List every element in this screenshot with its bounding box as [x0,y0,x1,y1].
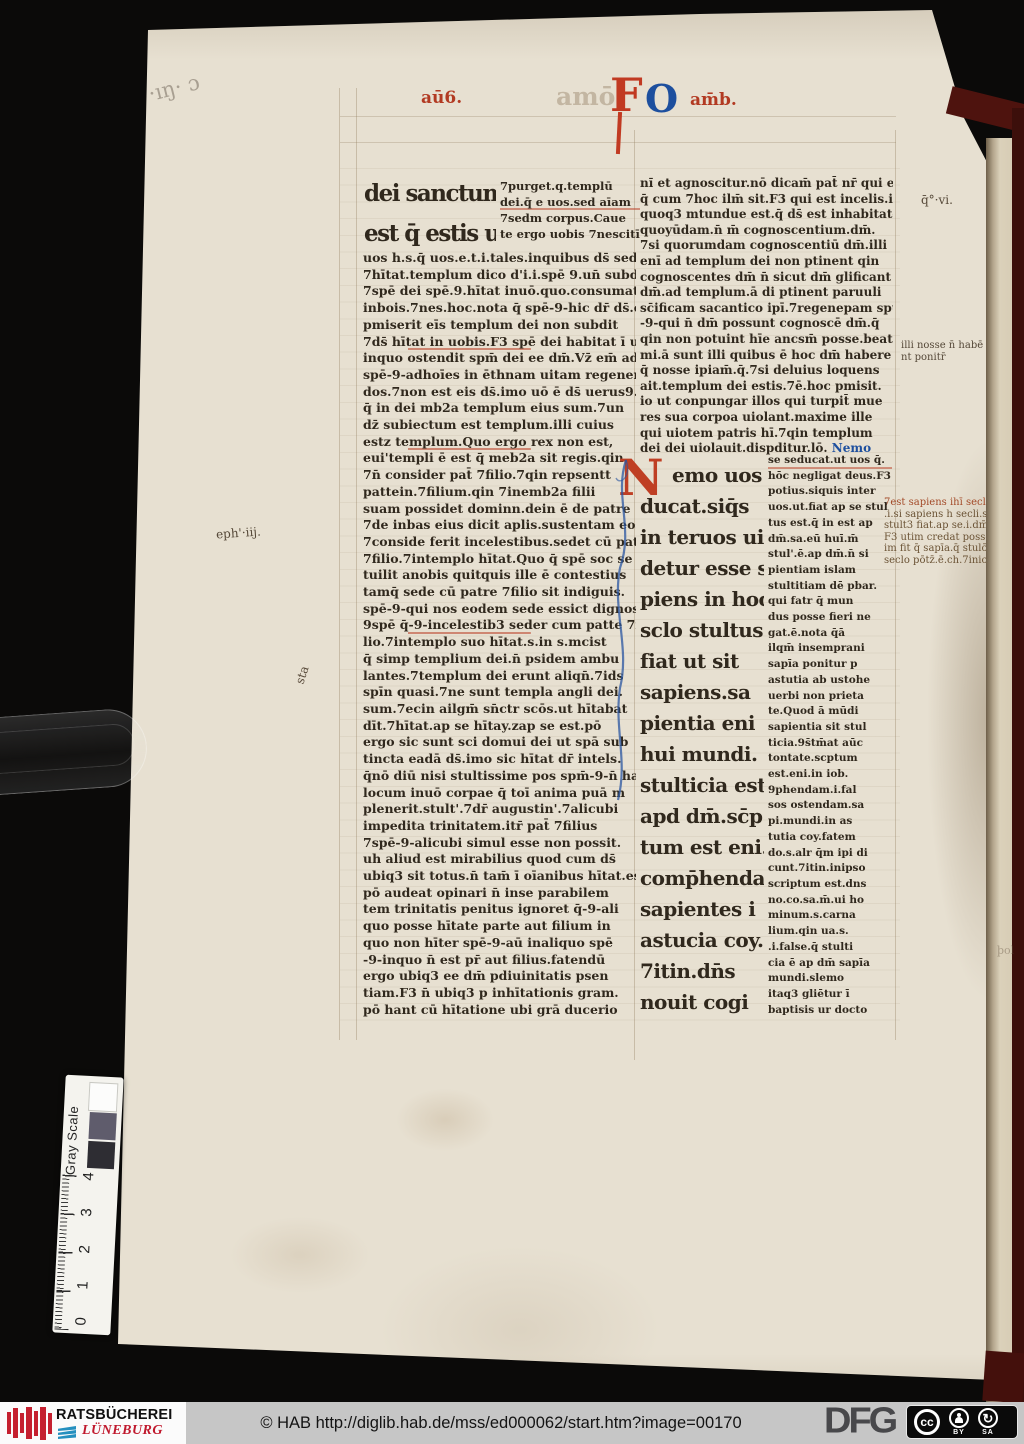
gloss-line: uos.ut.fiat ap se stul [768,500,892,516]
commentary-line: 7si quorumdam cognoscentiū dm̄.illi [640,238,893,254]
commentary-line: qui uiotem patris hī.7qin templum [640,426,893,442]
commentary-line: pmiserit eīs templum dei non subdit [363,317,636,334]
right-commentary-lines: nı̄ et agnoscitur.nō dicam̄ pat̄ nr̄ qui… [640,176,893,441]
logo-bar [13,1408,18,1438]
gloss-line: cunt.7itin.inipso [768,861,892,877]
lemma-line: sapiens.sa [640,677,764,708]
commentary-line: 7spē-9-alicubi simul esse non possit. [363,835,636,852]
gloss-line: itaq3 gliētur ī [768,987,892,1003]
lemma-line: piens in hoc [640,584,764,615]
gloss-line: ticia.9s̄tm̄at aūc [768,736,892,752]
ruler-number: 2 [76,1244,93,1253]
gloss-line: mundi.slemo [768,971,892,987]
commentary-line: ergo ubiq3 ee dm̄ pdiuinitatis psen [363,968,636,985]
gloss-line: sos ostendam.sa [768,798,892,814]
logo-bar [40,1407,46,1440]
ruler-number: 0 [72,1317,89,1326]
commentary-line: ubiq3 sit totus.n̄ tam̄ ī oīanibus hītat… [363,868,636,885]
commentary-line: tincta eadā ds̄.imo sic hītat dr̄ intels… [363,751,636,768]
gloss-line: minum.s.carna [768,908,892,924]
gloss-line: qui fatr q̄ mun [768,594,892,610]
commentary-line: qin non potuint hīe ancsm̄ posse.beatiss… [640,332,893,348]
binding-cover-right [1012,108,1024,1402]
gloss-line: cia ē ap dm̄ sapīa [768,956,892,972]
gloss-line: uerbi non prieta [768,689,892,705]
ruling-line-vertical [339,88,340,1040]
cc-sa-label: SA [982,1429,994,1436]
lemma-line: comp̄henda [640,863,764,894]
gloss-line: tontate.scptum [768,751,892,767]
commentary-line: 7de inbas eius dicit aplis.sustentam eos [363,517,636,534]
lemma-line: sapientes i [640,894,764,925]
gloss-line: dei.q̄ e uos.sed aīam [500,194,640,210]
library-name: RATSBÜCHEREI [56,1407,173,1423]
gloss-line: 7sedm corpus.Caue [500,210,640,226]
library-city: LÜNEBURG [82,1423,163,1439]
commentary-line: mi.ā sunt illi quibus ē hoc dm̄ habere [640,348,893,364]
commentary-line: quo posse hītate parte aut filium in [363,918,636,935]
commentary-line: ait.templum dei estis.7ē.hoc pmisit. [640,379,893,395]
lemma-line: 7itin.dn̄s [640,956,764,987]
commentary-line: 9spē q̄-9-incelestib3 seder cum patte 7f… [363,617,636,634]
lemma-line: tum est eni. [640,832,764,863]
gloss-line: baptisis ur docto [768,1003,892,1019]
cc-icon: cc [914,1409,940,1435]
commentary-line: 7n̄ consider pat̄ 7filio.7qin repsentt [363,467,636,484]
ruler-number: 3 [78,1208,95,1217]
library-bars-icon [7,1406,52,1440]
commentary-line: plenerit.stult'.7dr̄ augustin'.7alicubi [363,801,636,818]
gloss-line: potius.siquis inter [768,484,892,500]
commentary-line: 7ds̄ hītat in uobis.F3 spē dei habitat ī… [363,334,636,351]
lemma-line: stulticia est [640,770,764,801]
lemma-line: astucia coy. [640,925,764,956]
gloss-line: pi.mundi.in as [768,814,892,830]
lemma-line: detur esse sa [640,553,764,584]
commentary-line: res sua corpoa uiolant.maxime ille [640,410,893,426]
logo-bar [48,1413,52,1434]
commentary-line: spīn quasi.7ne sunt templa angli dei. [363,684,636,701]
lemma-line: in teruos ui [640,522,764,553]
binding-cover-bottom [982,1351,1024,1404]
library-logo[interactable]: RATSBÜCHEREI LÜNEBURG [0,1402,186,1444]
commentary-line: dz̄ subiectum est templum.illi cuius [363,417,636,434]
commentary-line: quoq3 mtundue est.q̄ ds̄ est inhabitato2 [640,207,893,223]
gloss-line: scriptum est.dns [768,877,892,893]
commentary-line: locum inuō corpae q̄ toī anima puā m [363,785,636,802]
gloss-line: sapīa ponitur p [768,657,892,673]
lemma-line: nouit cogi [640,987,764,1018]
grayscale-patch-white [88,1082,118,1112]
monogram-red-letter: F [610,68,643,122]
person-icon [949,1408,969,1428]
lemma-line: apd dm̄.sc̄p [640,801,764,832]
gloss-line: dus posse fieri ne [768,610,892,626]
commentary-line: suam possidet dominn.dein ē de patre [363,501,636,518]
commentary-line: spē-9-adhoīes in ēthnam uitam regenerā [363,367,636,384]
ruler-number: 1 [74,1280,91,1289]
commentary-line: quo non hīter spē-9-aū inaliquo spē [363,935,636,952]
copyright-url[interactable]: © HAB http://diglib.hab.de/mss/ed000062/… [186,1402,816,1444]
logo-bar [26,1407,32,1439]
logo-bar [7,1412,11,1434]
gloss-line: do.s.alr q̄m ipi di [768,846,892,862]
margin-note-ephesians: eph'·iij. [216,524,262,541]
gloss-line: astutia ab ustohe [768,673,892,689]
commentary-line: q̄nō diū nisi stultissime pos spm̄-9-n̄ … [363,768,636,785]
gloss-line: pientiam islam [768,563,892,579]
margin-note-quaestio: q̄°·vi. [921,193,953,207]
commentary-line: 7filio.7intemplo hītat.Quo q̄ spē soc se [363,551,636,568]
commentary-line: -9-qui n̄ dm̄ possunt cognoscē dm̄.q̄ [640,316,893,332]
gloss-line: .i.false.q̄ stulti [768,940,892,956]
right-gloss-column: se seducat.ut uos q̄.hōc negligat deus.F… [768,453,892,1018]
commentary-line: pattein.7filium.qin 7inemb2a filii [363,484,636,501]
gloss-line: 9phendam.i.fal [768,783,892,799]
commentary-line: tamq̄ sede cū patre 7filio sit indiguis. [363,584,636,601]
commentary-line: sc̄ificam sacantico ipī.7regenepam spū [640,301,893,317]
dfg-logo[interactable]: DFG [824,1401,895,1442]
commentary-line: q̄ cum 7hoc ilm̄ sit.F3 qui est incelis.… [640,192,893,208]
commentary-line: nı̄ et agnoscitur.nō dicam̄ pat̄ nr̄ qui… [640,176,893,192]
ruling-line-vertical [356,88,357,1040]
logo-bar [20,1413,24,1433]
cc-sa-unit: ↻ SA [978,1408,998,1436]
gloss-line: te.Quod ā mūdi [768,704,892,720]
commentary-line: dīt.7hītat.ap se hītay.zap se est.pō [363,718,636,735]
commentary-line: sum.7ecin ailgm̄ sn̄ctr scōs.ut hītabat [363,701,636,718]
gloss-line: hōc negligat deus.F3 [768,469,892,485]
commentary-line: dos.7non est eis ds̄.imo uō ē ds̄ uerus9… [363,384,636,401]
margin-note-vertical: sta [293,664,312,686]
monogram-blue-letter: O [645,76,678,121]
logo-bar [34,1411,38,1436]
pen-flourish-decoration [612,456,638,806]
commentary-line: -9-inquo n̄ est pr̄ aut filius.fatendū [363,952,636,969]
commentary-line: eui'templi ē est q̄ meb2a sit regis.qin [363,450,636,467]
ruler-number: 4 [80,1172,97,1181]
gloss-line: stul'.ē.ap dm̄.n̄ si [768,547,892,563]
footer-bar: RATSBÜCHEREI LÜNEBURG © HAB http://digli… [0,1402,1024,1444]
commentary-line: dm̄.ad templum.ā di ptinent paruuli [640,285,893,301]
commentary-line: uh aliud est mirabilius quod cum ds̄ [363,851,636,868]
gloss-line: sapientia sit stul [768,720,892,736]
gloss-line: ilqm̄ insemprani [768,641,892,657]
gloss-line: gat.ē.nota q̄ā [768,626,892,642]
cc-by-unit: BY [949,1408,969,1436]
commentary-line: q̄ simp templium dei.n̄ psidem ambu [363,651,636,668]
commentary-line: ergo sic sunt sci domui dei ut spā sub [363,734,636,751]
lemma-opening-text: dei sanctumest q̄ estis uos. [364,174,496,254]
commentary-line: io ut conpungar illos qui turpit̄ mue [640,394,893,410]
manuscript-page: aū6. amō F O am̄b. ·ıŋ· ɔ eph'·iij. sta … [0,0,1024,1444]
grayscale-patch-mid [88,1112,116,1140]
left-commentary-column: uos h.s.q̄ uos.e.t.i.tales.inquibus ds̄ … [363,250,636,1018]
commentary-line: q̄ in dei mb2a templum eius sum.7un [363,400,636,417]
commentary-line: q̄ nosse ipiam̄.q̄.7si deluius loquens [640,363,893,379]
lemma-text-column: emo uos seducat.siq̄sin teruos uidetur e… [640,460,764,1018]
lemma-line: est q̄ estis uos. [364,214,496,254]
commentary-line: lio.7intemplo suo hītat.s.in s.mcist [363,634,636,651]
lemma-line: sclo stultus [640,615,764,646]
commentary-line: lantes.7templum dei erunt aliqn̄.7ids [363,668,636,685]
gloss-line: se seducat.ut uos q̄. [768,453,892,469]
monogram-descender [616,112,622,154]
faint-edge-note: þol [997,944,1014,957]
commentary-line: tuilit anobis quitquis ille ē contestius [363,567,636,584]
commentary-line: 7hītat.templum dico d'i.i.spē 9.un̄ subd… [363,267,636,284]
lemma-line: hui mundi. [640,739,764,770]
commentary-line: spē-9-qui nos eodem sede essict dignos. [363,601,636,618]
commentary-line: 7conside ferit incelestibus.sedet cū pat… [363,534,636,551]
pencil-quire-mark: ·ıŋ· ɔ [146,70,202,106]
grayscale-label: Gray Scale [63,1079,83,1176]
commentary-line: inbois.7nes.hoc.nota q̄ spē-9-hic dr̄ ds… [363,300,636,317]
lemma-line: ducat.siq̄s [640,491,764,522]
show-through-ghost-text: amō [556,82,615,111]
running-title-left: aū6. [421,88,462,108]
right-commentary-upper: nı̄ et agnoscitur.nō dicam̄ pat̄ nr̄ qui… [640,176,893,457]
commentary-line: 7spē dei spē.9.hītat inuō.quo.consumat [363,283,636,300]
interlinear-gloss-block: 7purget.q.templūdei.q̄ e uos.sed aīam7se… [500,178,640,242]
lemma-line: pientia eni [640,708,764,739]
cc-license-badge[interactable]: cc BY ↻ SA [906,1405,1018,1439]
gloss-line: tus est.q̄ in est ap [768,516,892,532]
commentary-line: cognoscentes dm̄ n̄ sicut dm̄ glificant [640,270,893,286]
commentary-line: tiam.F3 n̄ ubiq3 p inhītationis gram. [363,985,636,1002]
commentary-line: tem trinitatis penitus ignoret q̄-9-ali [363,901,636,918]
share-alike-arrow-icon: ↻ [978,1408,998,1428]
commentary-line: uos h.s.q̄ uos.e.t.i.tales.inquibus ds̄ … [363,250,636,267]
commentary-line: estz templum.Quo ergo rex non est, [363,434,636,451]
commentary-line: inquo ostendit spm̄ dei ee dm̄.Vz̄ em̄ a… [363,350,636,367]
lemma-line: fiat ut sit [640,646,764,677]
lemma-line: dei sanctum [364,174,496,214]
commentary-line: pō audeat opinari n̄ inse parabilem [363,885,636,902]
gloss-line: est.eni.in iob. [768,767,892,783]
grayscale-patch-dark [87,1141,115,1169]
plastic-holder-highlight [0,723,136,775]
grayscale-reference-card: Gray Scale 43210 [52,1075,123,1336]
commentary-line: pō hant cū hītatione ubi grā ducerio [363,1002,636,1019]
commentary-line: impedita trinitatem.itr̄ pat̄ 7filius [363,818,636,835]
running-title-right: am̄b. [690,90,737,110]
book-icon [58,1426,78,1440]
gloss-line: stultitiam dē pbar. [768,579,892,595]
gloss-line: tutia coy.fatem [768,830,892,846]
gloss-line: lium.qin ua.s. [768,924,892,940]
gloss-line: dm̄.sa.eū huī.m̄ [768,532,892,548]
gloss-line: no.co.sa.m̄.ui ho [768,893,892,909]
ruling-line-vertical [895,130,896,1040]
plastic-page-holder [0,707,150,795]
commentary-line: enī ad templum dei non ptinent qin [640,254,893,270]
gloss-line: te ergo uobis 7nescitī [500,226,640,242]
scan-viewport: aū6. amō F O am̄b. ·ıŋ· ɔ eph'·iij. sta … [0,0,1024,1444]
commentary-line: quoyūdam.n̄ m̄ cognoscentium.dm̄. [640,223,893,239]
cc-by-label: BY [953,1429,965,1436]
lemma-line: emo uos se [640,460,764,491]
gloss-line: 7purget.q.templū [500,178,640,194]
